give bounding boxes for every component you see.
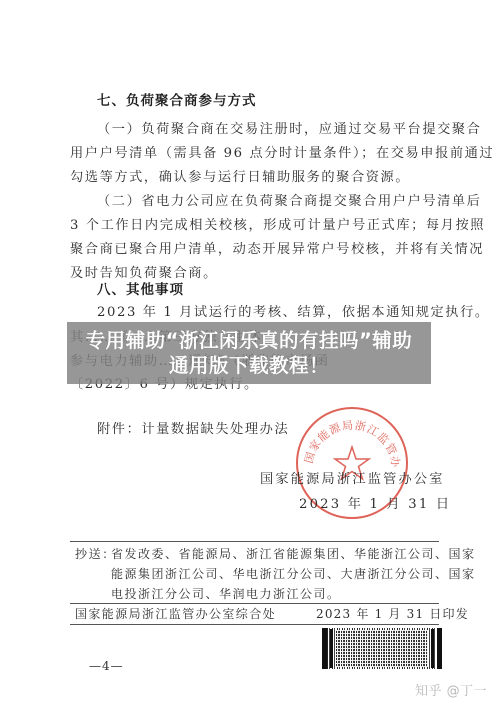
section-8-para-line-1: 2023 年 1 月试运行的考核、结算，依据本通知规定执行。 (97, 304, 490, 322)
svg-text:国家能源局浙江监管办公室: 国家能源局浙江监管办公室 (298, 409, 403, 469)
barcode-left-guard (322, 628, 327, 669)
barcode-pattern (336, 630, 428, 667)
overlay-title: 专用辅助“浙江闲乐真的有挂吗”辅助通用版下载教程！ (84, 328, 414, 378)
document-page: 七、负荷聚合商参与方式 （一）负荷聚合商在交易注册时，应通过交易平台提交聚合 用… (0, 0, 500, 707)
footer-issued-date: 2023 年 1 月 31 日印发 (316, 605, 469, 623)
signature-org: 国家能源局浙江监管办公室 (260, 471, 445, 489)
zhihu-watermark: 知乎 @丁一 (415, 680, 487, 699)
cc-line-1: 省发改委、省能源局、浙江省能源集团、华能浙江公司、国家 (111, 545, 476, 563)
cc-label: 抄送： (75, 545, 116, 563)
section-7-para-2-line-3: 聚合商已聚合用户清单，动态开展异常户号校核，并将有关情况 (70, 241, 484, 259)
cc-top-rule (70, 541, 439, 542)
cc-bottom-rule (70, 603, 439, 604)
cc-line-2: 能源集团浙江公司、华电浙江分公司、大唐浙江分公司、国家 (111, 565, 476, 583)
section-7-para-1-line-3: 勾选等方式，确认参与运行日辅助服务的聚合资源。 (70, 169, 410, 187)
section-7-para-1-line-1: （一）负荷聚合商在交易注册时，应通过交易平台提交聚合 (97, 121, 481, 139)
barcode-right-guard (437, 628, 442, 669)
section-8-heading: 八、其他事项 (97, 281, 184, 299)
section-7-para-2-line-2: 3 个工作日内完成相关校核，形成可计量户号正式库；每月按照 (70, 217, 485, 235)
section-7-para-1-line-2: 用户户号清单（需具备 96 点分时计量条件）；在交易申报前通过 (70, 145, 494, 163)
document-barcode (322, 628, 442, 669)
section-7-heading: 七、负荷聚合商参与方式 (97, 92, 257, 110)
page-number: —4— (89, 659, 124, 673)
attachment-line: 附件：计量数据缺失处理办法 (97, 421, 289, 439)
footer-issuer: 国家能源局浙江监管办公室综合处 (75, 605, 276, 623)
section-7-para-2-line-1: （二）省电力公司应在负荷聚合商提交聚合用户户号清单后 (97, 193, 481, 211)
title-overlay-banner: 专用辅助“浙江闲乐真的有挂吗”辅助通用版下载教程！ (67, 322, 431, 384)
signature-date: 2023 年 1 月 31 日 (299, 496, 451, 514)
footer-bottom-rule (70, 624, 439, 625)
cc-line-3: 电投浙江分公司、华润电力浙江公司。 (111, 585, 341, 603)
